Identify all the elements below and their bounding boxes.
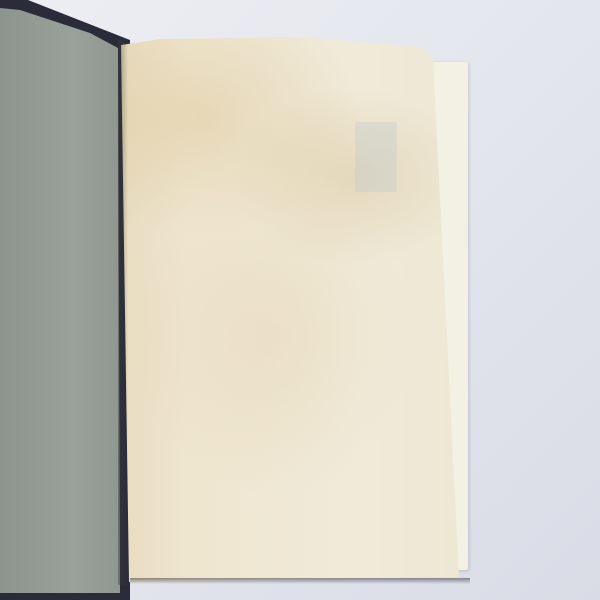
book-gutter-shadow — [118, 40, 128, 585]
right-page-faded — [121, 37, 459, 582]
photo-scene — [0, 0, 600, 600]
book-bottom-shadow — [130, 578, 470, 584]
endpaper-left-page — [0, 8, 124, 593]
page-stain — [355, 122, 397, 192]
